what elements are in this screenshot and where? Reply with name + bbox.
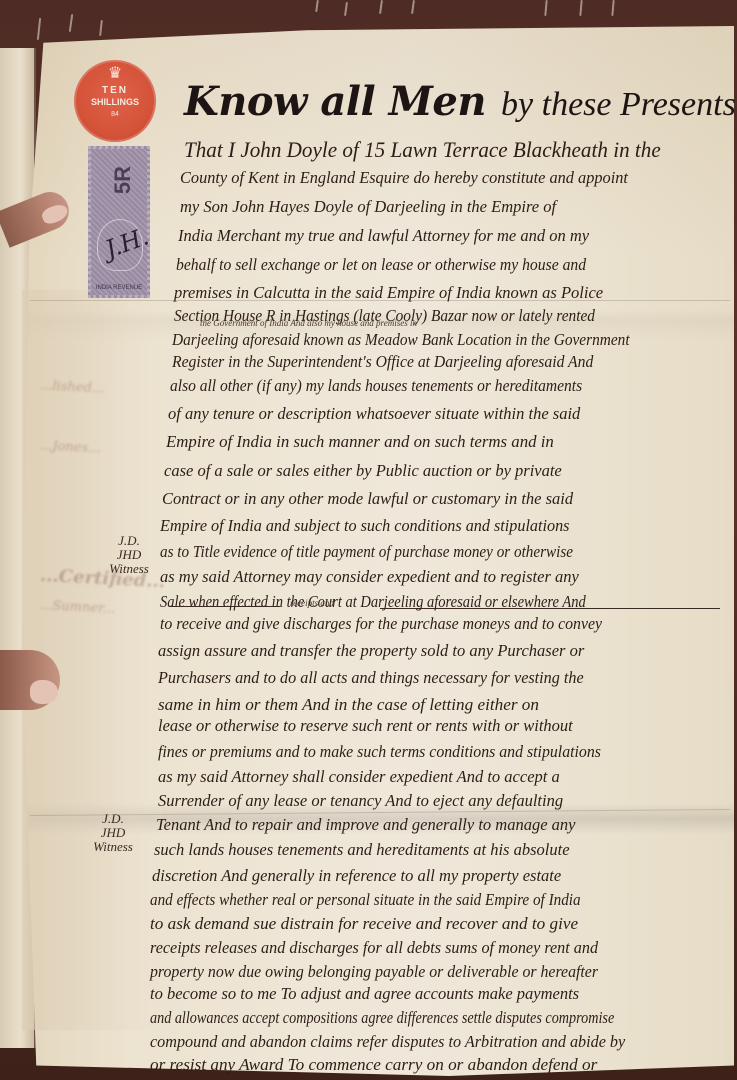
- text-line: India Merchant my true and lawful Attorn…: [178, 226, 589, 246]
- text-line: Darjeeling aforesaid known as Meadow Ban…: [172, 330, 630, 350]
- text-line: and effects whether real or personal sit…: [150, 890, 581, 910]
- text-line: or resist any Award To commence carry on…: [150, 1055, 597, 1075]
- text-line: Sale when effected in the Court at Darje…: [160, 592, 586, 612]
- text-line: same in him or them And in the case of l…: [158, 695, 539, 715]
- margin-initials-lower: J.D. JHD Witness: [84, 812, 142, 854]
- text-line: compound and abandon claims refer disput…: [150, 1032, 625, 1052]
- margin-initial: JHD: [84, 826, 142, 840]
- text-line: also all other (if any) my lands houses …: [170, 376, 582, 396]
- thumbnail: [30, 680, 58, 704]
- text-line: Surrender of any lease or tenancy And to…: [158, 791, 563, 811]
- text-line: to ask demand sue distrain for receive a…: [150, 914, 578, 934]
- margin-initial: JHD: [104, 548, 154, 562]
- text-line: as to Title evidence of title payment of…: [160, 542, 573, 562]
- text-line: case of a sale or sales either by Public…: [164, 461, 562, 481]
- text-line: Purchasers and to do all acts and things…: [158, 668, 584, 688]
- text-line: fines or premiums and to make such terms…: [158, 742, 601, 762]
- text-line: Empire of India and subject to such cond…: [160, 516, 569, 536]
- text-line: and allowances accept compositions agree…: [150, 1008, 614, 1028]
- text-line: such lands houses tenements and heredita…: [154, 840, 570, 860]
- text-line: as my said Attorney shall consider exped…: [158, 767, 560, 787]
- underline-mark: [380, 608, 720, 609]
- text-line: property now due owing belonging payable…: [150, 962, 598, 982]
- margin-initial: J.D.: [84, 812, 142, 826]
- interlinear-insertion: the Government of India And also my hous…: [200, 318, 417, 328]
- text-line: assign assure and transfer the property …: [158, 641, 584, 661]
- margin-initials-upper: J.D. JHD Witness: [104, 534, 154, 576]
- text-line: as my said Attorney may consider expedie…: [160, 567, 579, 587]
- text-line: County of Kent in England Esquire do her…: [180, 168, 628, 188]
- underline-mark: [170, 606, 280, 607]
- text-line: lease or otherwise to reserve such rent …: [158, 716, 573, 736]
- margin-initial: J.D.: [104, 534, 154, 548]
- text-line: to receive and give discharges for the p…: [160, 614, 602, 634]
- text-line: premises in Calcutta in the said Empire …: [174, 283, 603, 303]
- text-line: Register in the Superintendent's Office …: [172, 352, 593, 372]
- margin-signature: Witness: [84, 840, 142, 854]
- text-line: That I John Doyle of 15 Lawn Terrace Bla…: [184, 137, 661, 163]
- interlinear-insertion: receipts and: [290, 598, 334, 608]
- text-line: to become so to me To adjust and agree a…: [150, 984, 579, 1004]
- text-line: behalf to sell exchange or let on lease …: [176, 255, 586, 275]
- text-line: Empire of India in such manner and on su…: [166, 432, 554, 452]
- text-line: discretion And generally in reference to…: [152, 866, 561, 886]
- text-line: Contract or in any other mode lawful or …: [162, 489, 573, 509]
- text-line: receipts releases and discharges for all…: [150, 938, 598, 958]
- text-line: of any tenure or description whatsoever …: [168, 404, 580, 424]
- margin-signature: Witness: [104, 562, 154, 576]
- text-line: my Son John Hayes Doyle of Darjeeling in…: [180, 197, 556, 217]
- text-line: Tenant And to repair and improve and gen…: [156, 815, 576, 835]
